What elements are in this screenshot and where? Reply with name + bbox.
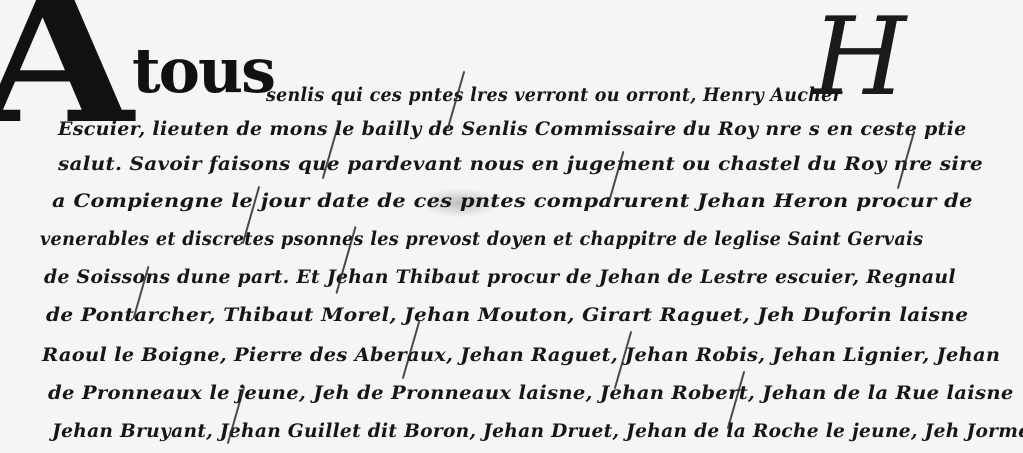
manuscript-line-1: senlis qui ces pntes lres verront ou orr… [266,84,842,106]
manuscript-line-3: salut. Savoir faisons que pardevant nous… [58,153,983,175]
manuscript-line-9: de Pronneaux le jeune, Jeh de Pronneaux … [48,382,1014,404]
manuscript-line-2: Escuier, lieuten de mons le bailly de Se… [58,118,967,140]
manuscript-page: A tous H senlis qui ces pntes lres verro… [0,0,1023,453]
manuscript-line-5: venerables et discretes psonnes les prev… [40,228,923,250]
manuscript-line-8: Raoul le Boigne, Pierre des Aberaux, Jeh… [42,344,1000,366]
manuscript-line-10: Jehan Bruyant, Jehan Guillet dit Boron, … [52,420,1023,442]
manuscript-line-4: a Compiengne le jour date de ces pntes c… [52,190,973,212]
manuscript-line-7: de Pontarcher, Thibaut Morel, Jehan Mout… [46,304,968,326]
decorated-opening-word: tous [132,40,274,102]
manuscript-line-6: de Soissons dune part. Et Jehan Thibaut … [44,266,956,288]
